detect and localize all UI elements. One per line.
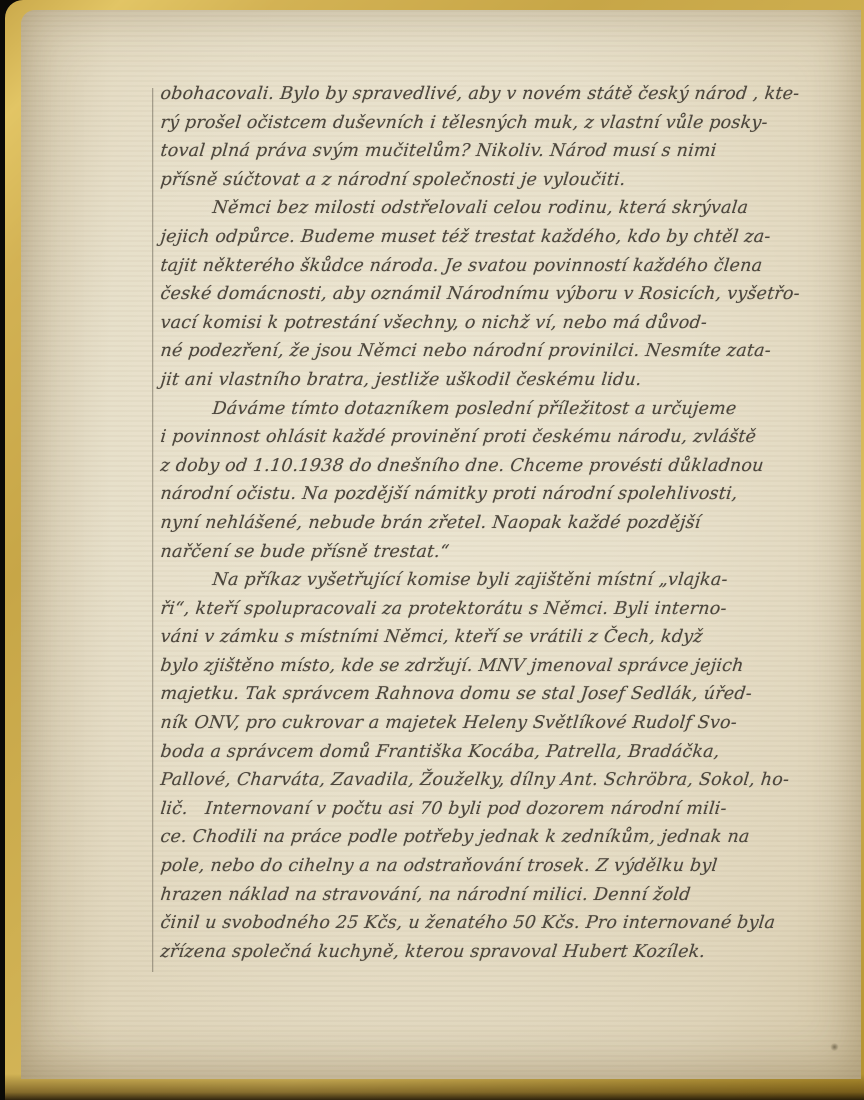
manuscript-line: ník ONV, pro cukrovar a majetek Heleny S… [159,709,852,738]
manuscript-line: vací komisi k potrestání všechny, o nich… [159,309,852,338]
manuscript-line: lič. Internovaní v počtu asi 70 byli pod… [159,795,852,824]
manuscript-line: né podezření, že jsou Němci nebo národní… [159,337,852,366]
manuscript-line: obohacovali. Bylo by spravedlivé, aby v … [159,80,852,109]
manuscript-line: z doby od 1.10.1938 do dnešního dne. Chc… [159,452,852,481]
manuscript-line: české domácnosti, aby oznámil Národnímu … [159,280,852,309]
manuscript-line: národní očistu. Na pozdější námitky prot… [159,480,852,509]
manuscript-page: obohacovali. Bylo by spravedlivé, aby v … [21,10,861,1079]
manuscript-text: obohacovali. Bylo by spravedlivé, aby v … [159,80,849,966]
manuscript-line: váni v zámku s místními Němci, kteří se … [159,623,852,652]
manuscript-line: i povinnost ohlásit každé provinění prot… [159,423,852,452]
manuscript-line: hrazen náklad na stravování, na národní … [159,881,852,910]
manuscript-line: ce. Chodili na práce podle potřeby jedna… [159,823,852,852]
manuscript-line: bylo zjištěno místo, kde se zdržují. MNV… [159,652,852,681]
manuscript-line: činil u svobodného 25 Kčs, u ženatého 50… [159,909,852,938]
manuscript-line: jejich odpůrce. Budeme muset též trestat… [159,223,852,252]
manuscript-line: boda a správcem domů Františka Kocába, P… [159,738,852,767]
manuscript-line: Němci bez milosti odstřelovali celou rod… [159,194,852,223]
manuscript-line: toval plná práva svým mučitelům? Nikoliv… [159,137,852,166]
manuscript-line: jit ani vlastního bratra, jestliže uškod… [159,366,852,395]
manuscript-line: nyní nehlášené, nebude brán zřetel. Naop… [159,509,852,538]
manuscript-line: Pallové, Charváta, Zavadila, Žouželky, d… [159,766,852,795]
manuscript-line: zřízena společná kuchyně, kterou spravov… [159,938,852,967]
paper-blemish [830,1043,839,1051]
manuscript-line: ři“, kteří spolupracovali za protektorát… [159,595,852,624]
manuscript-line: Na příkaz vyšetřující komise byli zajišt… [159,566,852,595]
manuscript-line: přísně súčtovat a z národní společnosti … [159,166,852,195]
manuscript-line: tajit některého škůdce národa. Je svatou… [159,252,852,281]
manuscript-line: rý prošel očistcem duševních i tělesných… [159,109,852,138]
manuscript-line: pole, nebo do cihelny a na odstraňování … [159,852,852,881]
manuscript-line: nařčení se bude přísně trestat.“ [159,538,852,567]
margin-rule [152,88,153,972]
manuscript-line: majetku. Tak správcem Rahnova domu se st… [159,680,852,709]
manuscript-line: Dáváme tímto dotazníkem poslední příleži… [159,395,852,424]
